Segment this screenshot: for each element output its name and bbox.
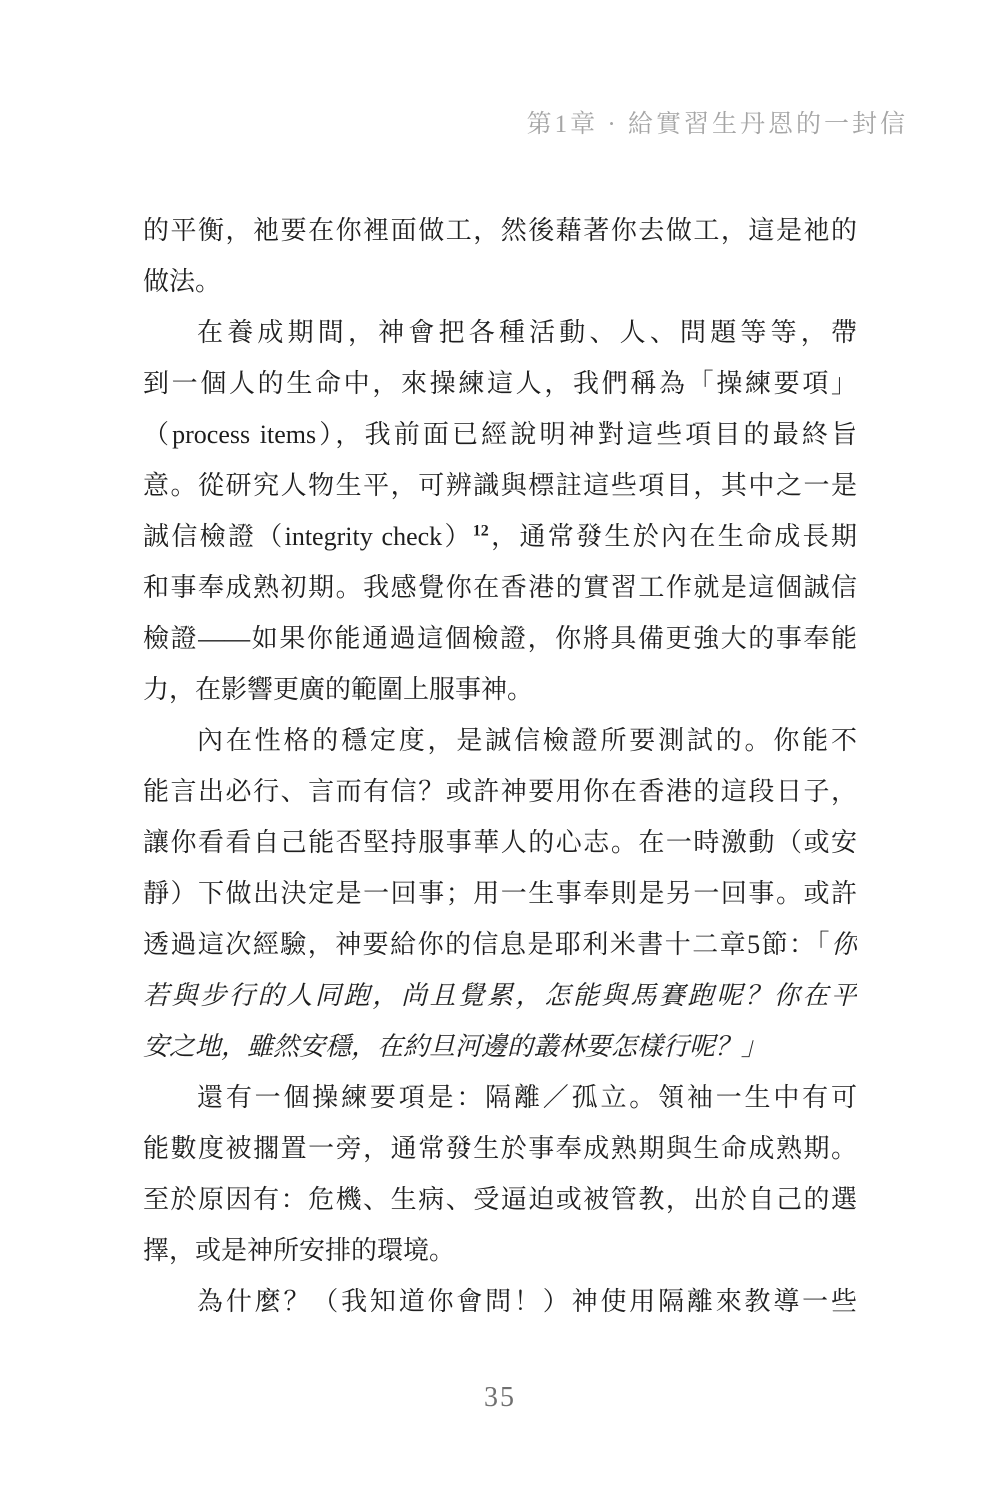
text-line: 擇，或是神所安排的環境。: [143, 1225, 857, 1276]
text-run: 檢證——如果你能通過這個檢證，你將具備更強大的事奉能: [143, 624, 857, 653]
text-line: 安之地，雖然安穩，在約旦河邊的叢林要怎樣行呢？」: [143, 1021, 857, 1072]
text-run: ，通常發生於內在生命成長期: [489, 522, 857, 551]
text-run: 透過這次經驗，神要給你的信息是耶利米書十二章5節：「: [143, 930, 831, 959]
book-page: 第1章 · 給實習生丹恩的一封信 的平衡，祂要在你裡面做工，然後藉著你去做工，這…: [0, 0, 1000, 1503]
text-run: 誠信檢證（integrity check）: [143, 522, 473, 551]
scripture-quote-text: 安之地，雖然安穩，在約旦河邊的叢林要怎樣行呢？」: [143, 1032, 767, 1061]
text-run: 內在性格的穩定度，是誠信檢證所要測試的。你能不: [197, 726, 857, 755]
text-line: 若與步行的人同跑，尚且覺累，怎能與馬賽跑呢？你在平: [143, 970, 857, 1021]
text-line: 意。從研究人物生平，可辨識與標註這些項目，其中之一是: [143, 460, 857, 511]
text-run: 力，在影響更廣的範圍上服事神。: [143, 675, 533, 704]
text-line: 誠信檢證（integrity check）12，通常發生於內在生命成長期: [143, 511, 857, 562]
text-line: 為什麼？（我知道你會問！）神使用隔離來教導一些: [143, 1276, 857, 1327]
text-line: 在養成期間，神會把各種活動、人、問題等等，帶: [143, 307, 857, 358]
text-run: 的平衡，祂要在你裡面做工，然後藉著你去做工，這是祂的: [143, 216, 857, 245]
text-run: 能言出必行、言而有信？或許神要用你在香港的這段日子，: [143, 777, 857, 806]
text-line: 力，在影響更廣的範圍上服事神。: [143, 664, 857, 715]
text-run: 意。從研究人物生平，可辨識與標註這些項目，其中之一是: [143, 471, 857, 500]
text-line: 至於原因有：危機、生病、受逼迫或被管教，出於自己的選: [143, 1174, 857, 1225]
text-line: 讓你看看自己能否堅持服事華人的心志。在一時激動（或安: [143, 817, 857, 868]
scripture-quote-text: 你: [831, 930, 857, 959]
text-run: 還有一個操練要項是：隔離／孤立。領袖一生中有可: [197, 1083, 857, 1112]
text-line: 到一個人的生命中，來操練這人，我們稱為「操練要項」: [143, 358, 857, 409]
text-line: 和事奉成熟初期。我感覺你在香港的實習工作就是這個誠信: [143, 562, 857, 613]
text-line: 做法。: [143, 256, 857, 307]
text-line: 還有一個操練要項是：隔離／孤立。領袖一生中有可: [143, 1072, 857, 1123]
text-run: 做法。: [143, 267, 221, 296]
scripture-quote-text: 若與步行的人同跑，尚且覺累，怎能與馬賽跑呢？你在平: [143, 981, 857, 1010]
text-run: 至於原因有：危機、生病、受逼迫或被管教，出於自己的選: [143, 1185, 857, 1214]
text-line: 靜）下做出決定是一回事；用一生事奉則是另一回事。或許: [143, 868, 857, 919]
text-run: 在養成期間，神會把各種活動、人、問題等等，帶: [197, 318, 857, 347]
text-line: 能數度被擱置一旁，通常發生於事奉成熟期與生命成熟期。: [143, 1123, 857, 1174]
text-run: 能數度被擱置一旁，通常發生於事奉成熟期與生命成熟期。: [143, 1134, 857, 1163]
text-line: 能言出必行、言而有信？或許神要用你在香港的這段日子，: [143, 766, 857, 817]
body-text: 的平衡，祂要在你裡面做工，然後藉著你去做工，這是祂的做法。在養成期間，神會把各種…: [143, 205, 857, 1327]
running-header: 第1章 · 給實習生丹恩的一封信: [527, 104, 908, 140]
text-run: （process items），我前面已經說明神對這些項目的最終旨: [143, 420, 857, 449]
text-line: 的平衡，祂要在你裡面做工，然後藉著你去做工，這是祂的: [143, 205, 857, 256]
text-run: 為什麼？（我知道你會問！）神使用隔離來教導一些: [197, 1287, 857, 1316]
text-line: 內在性格的穩定度，是誠信檢證所要測試的。你能不: [143, 715, 857, 766]
page-number: 35: [0, 1382, 1000, 1414]
text-run: 和事奉成熟初期。我感覺你在香港的實習工作就是這個誠信: [143, 573, 857, 602]
footnote-ref: 12: [473, 522, 489, 539]
text-run: 讓你看看自己能否堅持服事華人的心志。在一時激動（或安: [143, 828, 857, 857]
text-run: 靜）下做出決定是一回事；用一生事奉則是另一回事。或許: [143, 879, 857, 908]
text-run: 擇，或是神所安排的環境。: [143, 1236, 455, 1265]
text-run: 到一個人的生命中，來操練這人，我們稱為「操練要項」: [143, 369, 857, 398]
text-line: 透過這次經驗，神要給你的信息是耶利米書十二章5節：「你: [143, 919, 857, 970]
text-line: 檢證——如果你能通過這個檢證，你將具備更強大的事奉能: [143, 613, 857, 664]
text-line: （process items），我前面已經說明神對這些項目的最終旨: [143, 409, 857, 460]
